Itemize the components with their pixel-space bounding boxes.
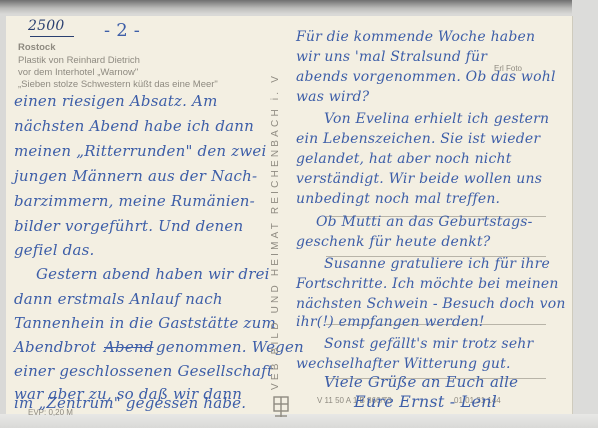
right-line: Viele Grüße an Euch alle — [324, 373, 518, 391]
left-line: Tannenhein in die Gaststätte zum — [14, 314, 276, 332]
caption-title: Rostock — [18, 42, 55, 54]
scanner-edge-bottom — [0, 414, 598, 428]
scanner-edge-top — [0, 0, 598, 14]
caption-line-1: Plastik von Reinhard Dietrich — [18, 55, 140, 67]
postcard-back: 2500 - 2 - Rostock Plastik von Reinhard … — [6, 16, 572, 414]
right-line: verständigt. Wir beide wollen uns — [296, 171, 542, 187]
right-line: Von Evelina erhielt ich gestern — [324, 111, 549, 127]
right-line: Sonst gefällt's mir trotz sehr — [324, 336, 533, 352]
caption-line-3: „Sieben stolze Schwestern küßt das eine … — [18, 79, 218, 91]
caption-line-2: vor dem Interhotel „Warnow" — [18, 67, 138, 79]
left-line: meinen „Ritterrunden" den zwei — [14, 142, 266, 160]
left-line: jungen Männern aus der Nach- — [14, 167, 257, 185]
left-line: Gestern abend haben wir drei — [36, 265, 270, 283]
left-line: einen riesigen Absatz. Am — [14, 92, 218, 110]
right-line: Ob Mutti an das Geburtstags- — [316, 214, 533, 230]
right-line: abends vorgenommen. Ob das wohl — [296, 69, 556, 85]
left-line: gefiel das. — [14, 241, 94, 259]
right-line: ein Lebenszeichen. Sie ist wieder — [296, 131, 540, 147]
catalog-underline — [30, 36, 74, 37]
signature: Eure Ernst - Lenl — [354, 392, 497, 411]
right-line: Für die kommende Woche haben — [296, 29, 535, 45]
left-line: bilder vorgeführt. Und denen — [14, 217, 243, 235]
publisher-logo-icon — [273, 396, 289, 418]
left-line: dann erstmals Anlauf nach — [14, 290, 223, 308]
right-line: wechselhafter Witterung gut. — [296, 356, 511, 372]
scanner-margin-right — [572, 0, 598, 428]
right-line: was wird? — [296, 89, 369, 105]
right-line: unbedingt noch mal treffen. — [296, 191, 500, 207]
left-line-struck: Abend — [104, 338, 154, 356]
right-line: Susanne gratuliere ich für ihre — [324, 256, 550, 272]
right-line: gelandet, hat aber noch nicht — [296, 151, 512, 167]
catalog-number: 2500 — [28, 18, 64, 34]
publisher-imprint: VEB BILD UND HEIMAT REICHENBACH i. V — [270, 56, 288, 406]
left-line-final: im „Zentrum" gegessen habe. — [14, 394, 246, 412]
left-line: barzimmern, meine Rumänien- — [14, 192, 255, 210]
left-line: nächsten Abend habe ich dann — [14, 117, 254, 135]
right-line: ihr(!) empfangen werden! — [296, 314, 485, 330]
left-line: einer geschlossenen Gesellschaft — [14, 362, 273, 380]
right-line: geschenk für heute denkt? — [296, 234, 490, 250]
page-marker: - 2 - — [104, 20, 140, 41]
left-line: Abendbrot — [14, 338, 96, 356]
right-line: nächsten Schwein - Besuch doch von — [296, 296, 566, 312]
right-line: wir uns 'mal Stralsund für — [296, 49, 487, 65]
right-line: Fortschritte. Ich möchte bei meinen — [296, 276, 559, 292]
